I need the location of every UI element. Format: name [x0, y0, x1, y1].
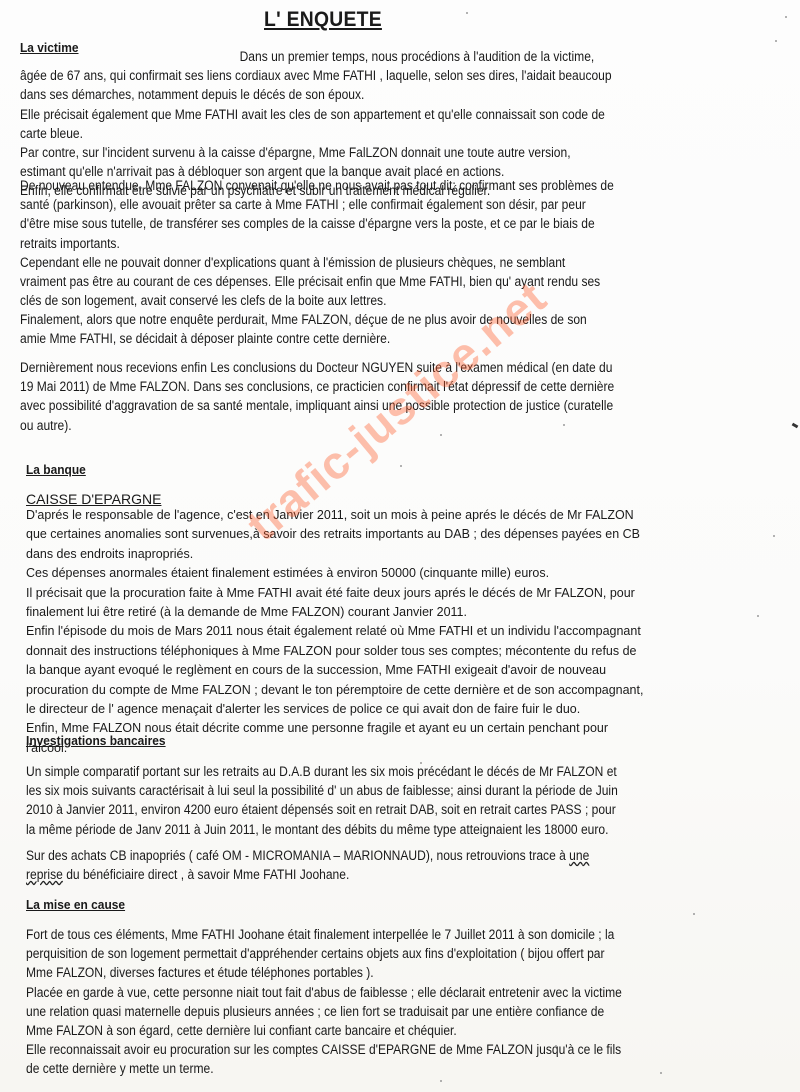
text-line: Sur des achats CB inapopriés ( café OM -…: [26, 846, 710, 865]
text-line: dans ses démarches, notamment depuis le …: [20, 85, 704, 104]
text-line: Par contre, sur l'incident survenu à la …: [20, 143, 704, 162]
text-line: que certaines anomalies sont survenues,à…: [26, 524, 756, 543]
section-heading-mise-en-cause: La mise en cause: [26, 897, 125, 912]
text-line: Enfin l'épisode du mois de Mars 2011 nou…: [26, 621, 756, 640]
handwritten-underline: une: [569, 848, 589, 863]
document-title: L' ENQUETE: [264, 8, 382, 32]
scan-edge-mark: [792, 423, 799, 429]
text-line: âgée de 67 ans, qui confirmait ses liens…: [20, 66, 704, 85]
text-fragment: Sur des achats CB inapopriés ( café OM -…: [26, 848, 569, 863]
paragraph-banque: D'aprés le responsable de l'agence, c'es…: [26, 505, 756, 757]
text-line: Un simple comparatif portant sur les ret…: [26, 762, 710, 781]
text-line: 2010 à Janvier 2011, environ 4200 euro é…: [26, 800, 710, 819]
text-line: procuration du compte de Mme FALZON ; de…: [26, 680, 756, 699]
section-heading-investigations: Investigations bancaires: [26, 733, 166, 748]
text-line: une relation quasi maternelle depuis plu…: [26, 1002, 710, 1021]
text-line: D'aprés le responsable de l'agence, c'es…: [26, 505, 756, 524]
document-page: L' ENQUETE La victime Dans un premier te…: [0, 0, 800, 1092]
text-line: de cette dernière y mette un terme.: [26, 1059, 710, 1078]
text-line: d'être mise sous tutelle, de transférer …: [20, 214, 704, 233]
text-line: vraiment pas être au courant de ces dépe…: [20, 272, 704, 291]
text-line: la banque ayant evoqué le reglèment en c…: [26, 660, 756, 679]
text-line: 19 Mai 2011) de Mme FALZON. Dans ses con…: [20, 377, 704, 396]
text-line: santé (parkinson), elle avouait prêter s…: [20, 195, 704, 214]
section-heading-banque: La banque: [26, 462, 86, 477]
text-line: reprise du bénéficiaire direct , à savoi…: [26, 865, 710, 884]
text-line: Ces dépenses anormales étaient finalemen…: [26, 563, 756, 582]
text-line: dans des endroits inapropriés.: [26, 544, 756, 563]
paragraph-cb-achats: Sur des achats CB inapopriés ( café OM -…: [26, 846, 710, 884]
text-fragment: du bénéficiaire direct , à savoir Mme FA…: [63, 867, 349, 882]
text-line: Mme FALZON à son égard, cette dernière l…: [26, 1021, 710, 1040]
text-line: Dans un premier temps, nous procédions à…: [20, 47, 704, 66]
handwritten-underline: reprise: [26, 867, 63, 882]
text-line: Dernièrement nous recevions enfin Les co…: [20, 358, 704, 377]
text-line: la même période de Janv 2011 à Juin 2011…: [26, 820, 710, 839]
text-line: ou autre).: [20, 416, 704, 435]
text-line: perquisition de son logement permettait …: [26, 944, 710, 963]
text-line: carte bleue.: [20, 124, 704, 143]
text-line: donnait des instructions téléphoniques à…: [26, 641, 756, 660]
text-line: Il précisait que la procuration faite à …: [26, 583, 756, 602]
text-line: Cependant elle ne pouvait donner d'expli…: [20, 253, 704, 272]
text-line: Elle précisait également que Mme FATHI a…: [20, 105, 704, 124]
text-line: amie Mme FATHI, se décidait à déposer pl…: [20, 329, 704, 348]
text-line: clés de son logement, avait conservé les…: [20, 291, 704, 310]
paragraph-investigations: Un simple comparatif portant sur les ret…: [26, 762, 710, 839]
text-line: le directeur de l' agence menaçait d'ale…: [26, 699, 756, 718]
text-line: avec possibilité d'aggravation de sa san…: [20, 396, 704, 415]
text-line: Mme FALZON, diverses factures et étude t…: [26, 963, 710, 982]
paragraph-victime-3: Finalement, alors que notre enquête perd…: [20, 310, 704, 348]
text-line: Fort de tous ces éléments, Mme FATHI Joo…: [26, 925, 710, 944]
text-line: retraits importants.: [20, 234, 704, 253]
text-line: Placée en garde à vue, cette personne ni…: [26, 983, 710, 1002]
paragraph-victime-4: Dernièrement nous recevions enfin Les co…: [20, 358, 704, 435]
paragraph-mise-en-cause: Fort de tous ces éléments, Mme FATHI Joo…: [26, 925, 710, 1079]
text-line: De nouveau entendue, Mme FALZON convenai…: [20, 176, 704, 195]
text-line: Finalement, alors que notre enquête perd…: [20, 310, 704, 329]
paragraph-victime-2: De nouveau entendue, Mme FALZON convenai…: [20, 176, 704, 310]
text-line: Elle reconnaissait avoir eu procuration …: [26, 1040, 710, 1059]
text-line: finalement lui être retiré (à la demande…: [26, 602, 756, 621]
text-line: les six mois suivants caractérisait à lu…: [26, 781, 710, 800]
